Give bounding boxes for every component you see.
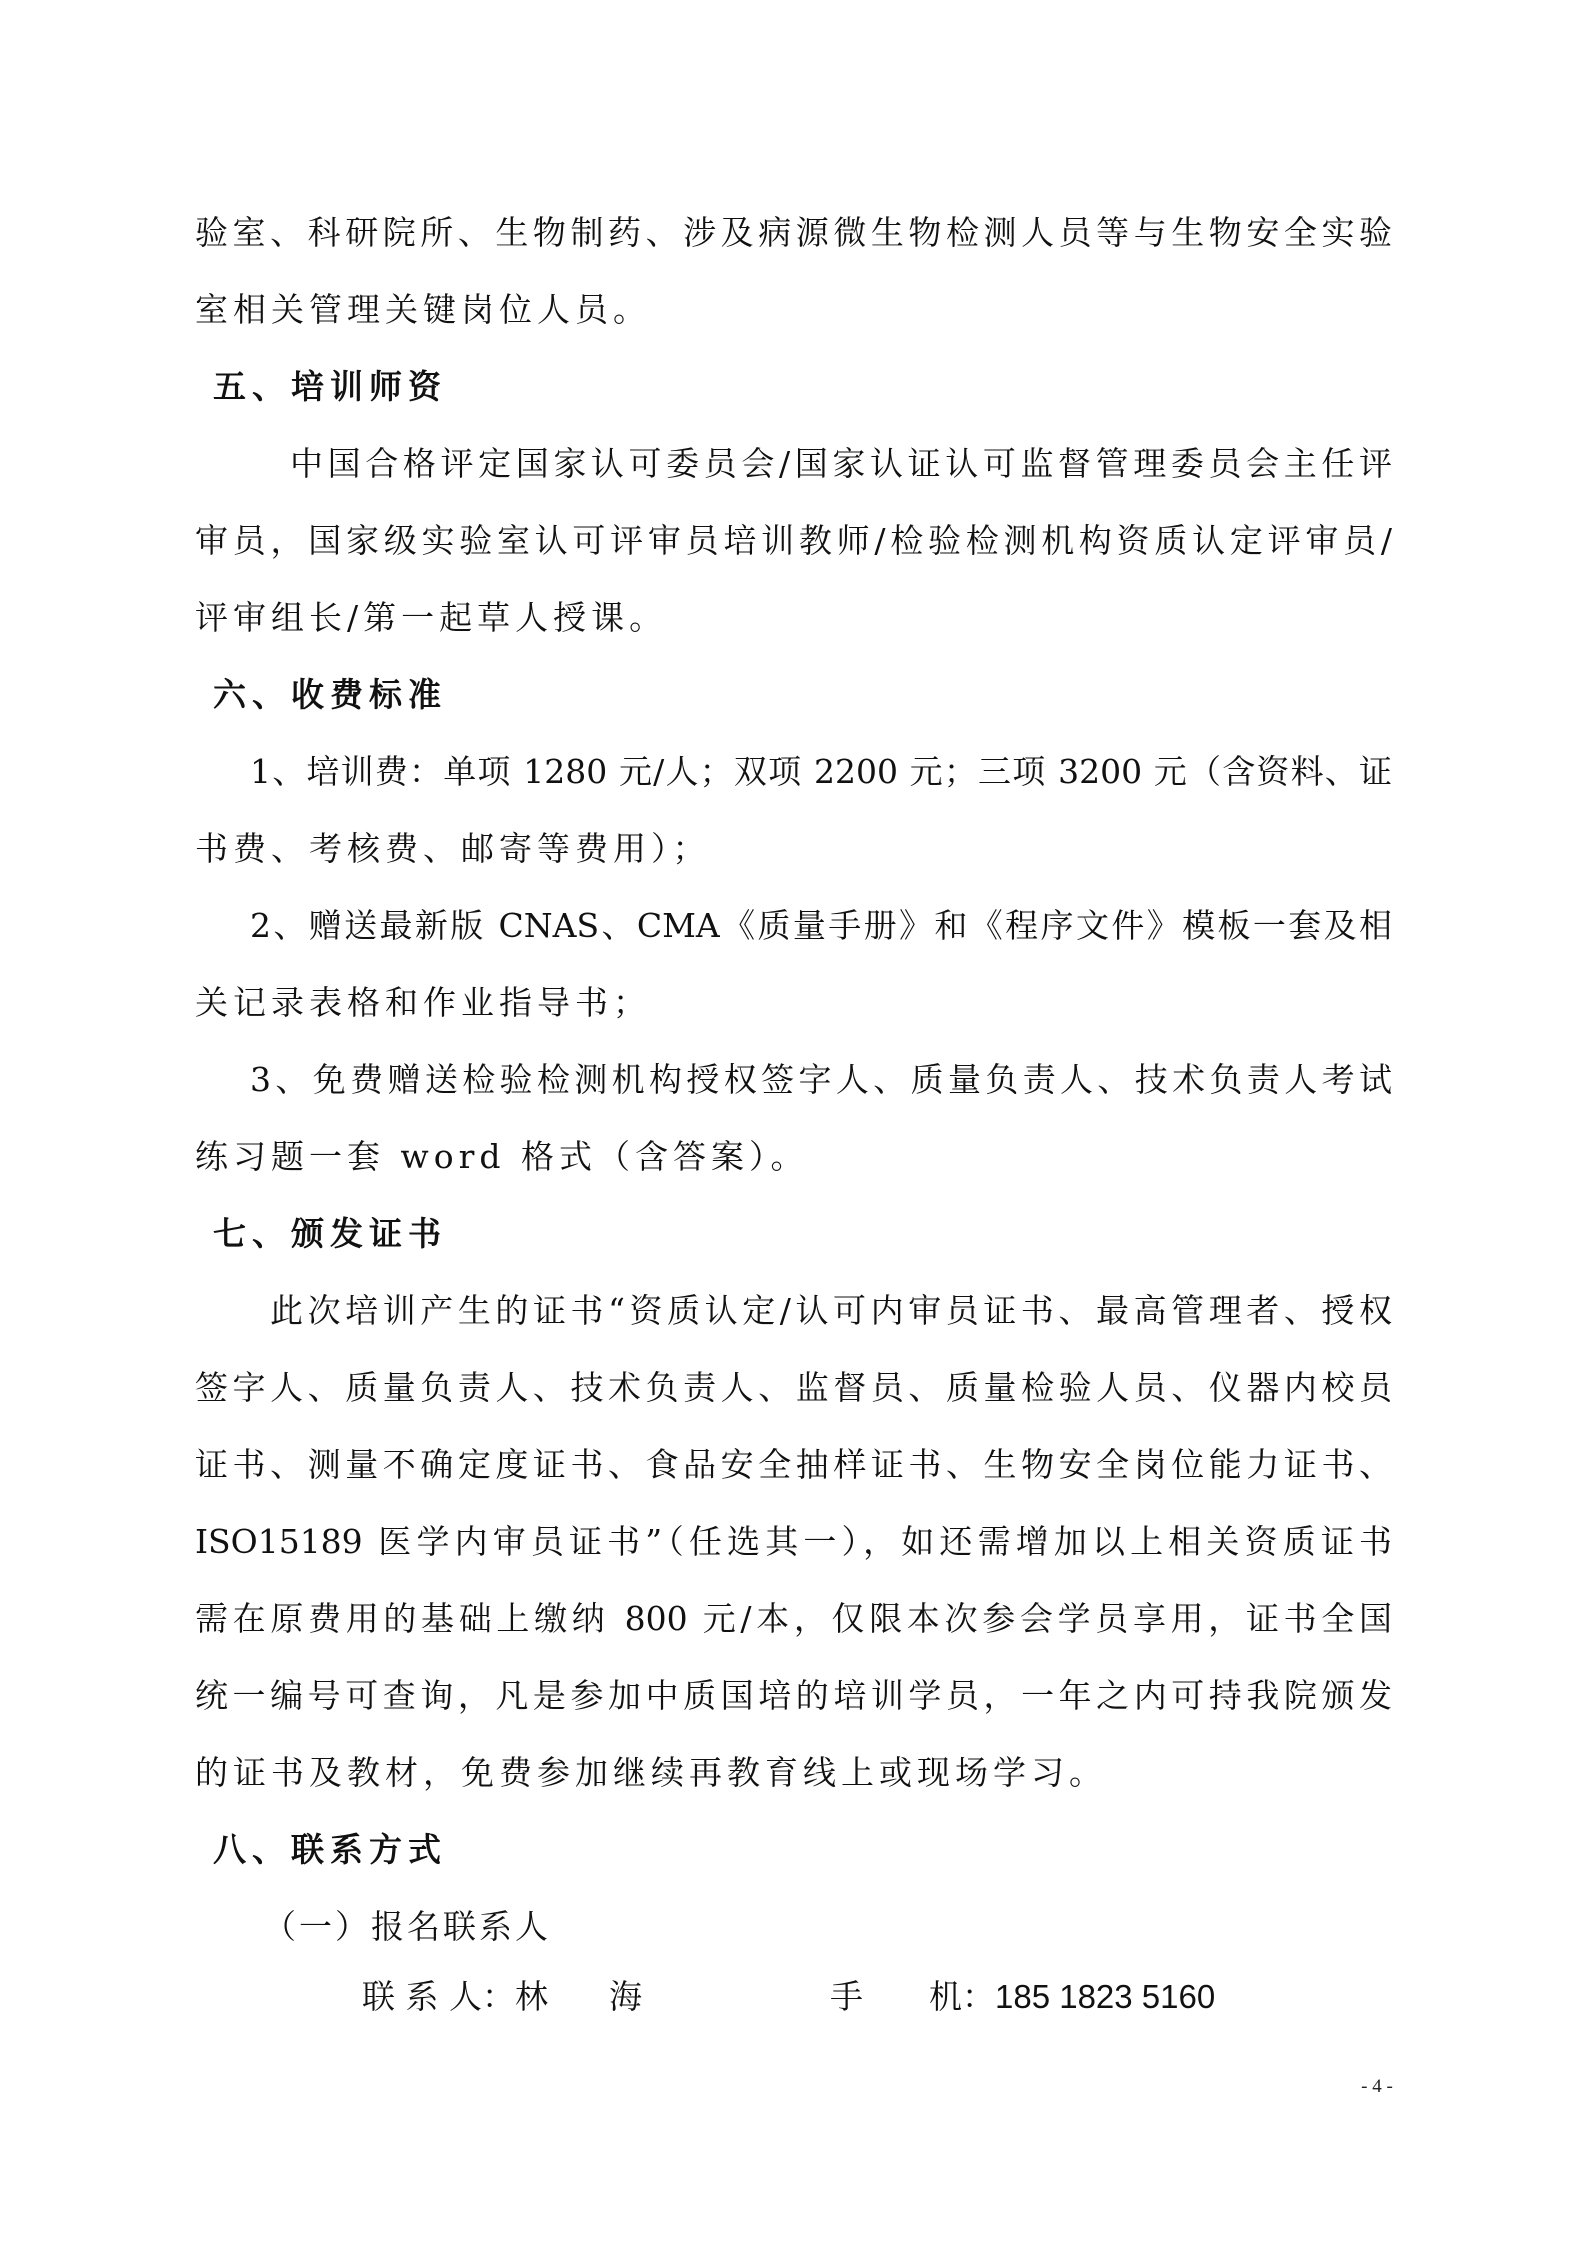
document-page: 验室、科研院所、生物制药、涉及病源微生物检测人员等与生物安全实验 室相关管理关键…: [0, 0, 1588, 2245]
section-heading-fees: 六、收费标准: [213, 656, 447, 733]
body-line: 室相关管理关键岗位人员。: [195, 271, 651, 348]
section-heading-contact: 八、联系方式: [213, 1811, 447, 1888]
body-line: 关记录表格和作业指导书；: [195, 964, 651, 1041]
contact-phone-label: 手 机：: [830, 1977, 995, 2016]
contact-person-label: 联 系 人：: [362, 1977, 515, 2016]
fee-item-3: 3、免费赠送检验检测机构授权签字人、质量负责人、技术负责人考试: [250, 1041, 1392, 1118]
fee-item-2: 2、赠送最新版 CNAS、CMA《质量手册》和《程序文件》模板一套及相: [250, 887, 1392, 964]
contact-subsection-label: （一）报名联系人: [263, 1888, 551, 1965]
section-heading-certificates: 七、颁发证书: [213, 1195, 447, 1272]
contact-person-row: 联 系 人：林 海: [362, 1958, 656, 2035]
section-heading-faculty: 五、培训师资: [213, 348, 447, 425]
contact-person-name: 林 海: [515, 1977, 656, 2016]
body-line: 签字人、质量负责人、技术负责人、监督员、质量检验人员、仪器内校员: [195, 1349, 1392, 1426]
body-line: 审员，国家级实验室认可评审员培训教师/检验检测机构资质认定评审员/: [195, 502, 1392, 579]
body-line: 验室、科研院所、生物制药、涉及病源微生物检测人员等与生物安全实验: [195, 194, 1392, 271]
body-line: 统一编号可查询，凡是参加中质国培的培训学员，一年之内可持我院颁发: [195, 1657, 1392, 1734]
page-number: - 4 -: [1352, 2076, 1402, 2098]
contact-phone-row: 手 机：185 1823 5160: [830, 1958, 1215, 2035]
contact-phone-number: 185 1823 5160: [995, 1978, 1215, 2015]
fee-item-1: 1、培训费：单项 1280 元/人；双项 2200 元；三项 3200 元（含资…: [250, 733, 1392, 810]
body-line: 需在原费用的基础上缴纳 800 元/本，仅限本次参会学员享用，证书全国: [195, 1580, 1392, 1657]
body-line: 证书、测量不确定度证书、食品安全抽样证书、生物安全岗位能力证书、: [195, 1426, 1392, 1503]
body-line: 评审组长/第一起草人授课。: [195, 579, 667, 656]
body-line: 的证书及教材，免费参加继续再教育线上或现场学习。: [195, 1734, 1107, 1811]
body-line: 书费、考核费、邮寄等费用）；: [195, 810, 711, 887]
paragraph-first-line: 此次培训产生的证书“资质认定/认可内审员证书、最高管理者、授权: [270, 1272, 1392, 1349]
body-line: 练习题一套 word 格式（含答案）。: [195, 1118, 809, 1195]
paragraph-first-line: 中国合格评定国家认可委员会/国家认证认可监督管理委员会主任评: [290, 425, 1392, 502]
body-line: ISO15189 医学内审员证书”（任选其一），如还需增加以上相关资质证书: [195, 1503, 1392, 1580]
